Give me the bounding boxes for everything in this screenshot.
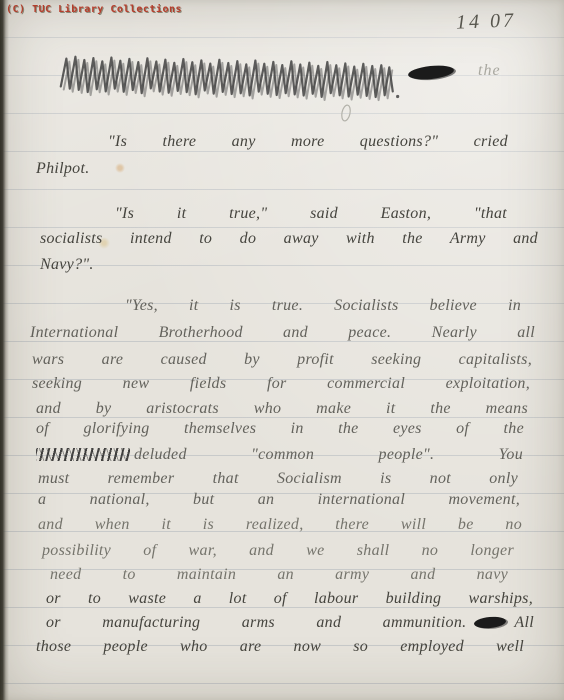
manuscript-line: must remember that Socialism is not only <box>38 468 518 489</box>
manuscript-line: and by aristocrats who make it the means <box>36 398 528 419</box>
manuscript-line: need to maintain an army and navy <box>50 564 508 585</box>
manuscript-line: and when it is realized, there will be n… <box>38 514 522 535</box>
manuscript-page: (C) TUC Library Collections 14 07 the "I… <box>0 0 564 700</box>
manuscript-line-text: All <box>514 614 534 631</box>
page-edge-shadow <box>0 0 9 700</box>
manuscript-line: International Brotherhood and peace. Nea… <box>30 322 535 343</box>
manuscript-line: wars are caused by profit seeking capita… <box>32 349 532 370</box>
manuscript-line: those people who are now so employed wel… <box>36 636 524 657</box>
manuscript-line: or to waste a lot of labour building war… <box>46 588 533 609</box>
manuscript-line: "Is it true," said Easton, "that <box>115 203 507 224</box>
manuscript-line: deluded "common people". You <box>36 444 523 465</box>
manuscript-line-text: deluded "common people". You <box>134 446 523 463</box>
page-number: 14 07 <box>456 8 547 34</box>
manuscript-line: possibility of war, and we shall no long… <box>42 540 514 561</box>
manuscript-line: "Yes, it is true. Socialists believe in <box>125 295 521 316</box>
scribble-strokes <box>57 48 403 103</box>
manuscript-line: "Is there any more questions?" cried <box>108 131 508 152</box>
scribbled-out-line <box>56 48 402 108</box>
manuscript-line: Philpot. <box>36 158 90 179</box>
manuscript-line: or manufacturing arms and ammunition.All <box>46 612 534 633</box>
manuscript-line: of glorifying themselves in the eyes of … <box>36 418 524 439</box>
faint-pen-mark <box>338 102 354 129</box>
ink-blot <box>407 64 454 82</box>
ink-blot <box>474 616 507 630</box>
manuscript-line: a national, but an international movemen… <box>38 489 520 510</box>
copyright-watermark: (C) TUC Library Collections <box>6 4 182 15</box>
manuscript-line-text: or manufacturing arms and ammunition. <box>46 614 466 631</box>
manuscript-line: Navy?". <box>40 254 94 275</box>
faint-word: the <box>478 62 501 80</box>
manuscript-line: seeking new fields for commercial exploi… <box>32 373 530 394</box>
manuscript-line: socialists intend to do away with the Ar… <box>40 228 538 249</box>
scribbled-out-word <box>36 448 130 461</box>
